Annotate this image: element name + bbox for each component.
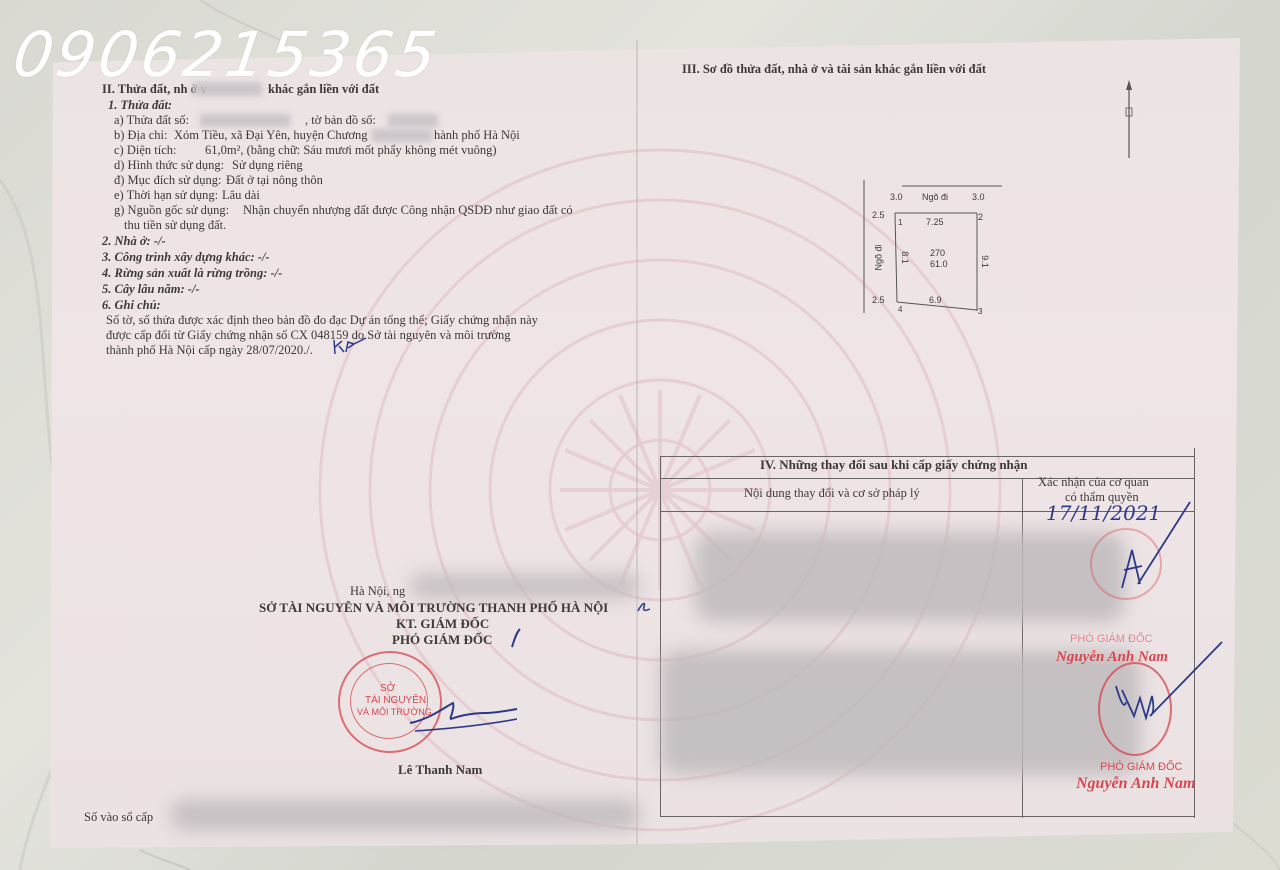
column-header-confirmation-1: Xác nhận của cơ quan (1038, 475, 1149, 490)
note-line-2: được cấp đổi từ Giấy chứng nhận số CX 04… (106, 328, 511, 343)
item-5-perennial-trees: 5. Cây lâu năm: -/- (102, 282, 200, 297)
section-3-title: III. Sơ đồ thửa đất, nhà ở và tài sản kh… (682, 62, 986, 77)
section-4-title: IV. Những thay đổi sau khi cấp giấy chứn… (760, 457, 1028, 472)
item-value: -/- (258, 250, 270, 264)
entry-1-title: PHÓ GIÁM ĐỐC (1070, 632, 1153, 647)
item-label: 2. Nhà ở: (102, 234, 151, 248)
parcel-number-label: a) Thửa đất số: (114, 113, 189, 128)
address-value-start: Xóm Tiều, xã Đại Yên, huyện Chương (174, 128, 367, 143)
redaction (200, 114, 290, 127)
item-2-house: 2. Nhà ở: -/- (102, 234, 166, 249)
signer-title: PHÓ GIÁM ĐỐC (392, 632, 492, 647)
use-form-value: Sử dụng riêng (232, 158, 303, 173)
note-line-1: Số tờ, số thửa được xác định theo bản đồ… (106, 313, 538, 328)
redaction (388, 114, 438, 127)
column-header-content: Nội dung thay đổi và cơ sở pháp lý (744, 486, 920, 501)
entry-1-signer: Nguyễn Anh Nam (1056, 650, 1168, 665)
point-1: 1 (898, 215, 902, 230)
use-term-label: e) Thời hạn sử dụng: (114, 188, 218, 203)
point-2: 2 (978, 210, 983, 225)
item-label: 5. Cây lâu năm: (102, 282, 185, 296)
item-4-forest: 4. Rừng sản xuất là rừng trồng: -/- (102, 266, 282, 281)
official-seal (1098, 662, 1172, 756)
issuing-agency: SỞ TÀI NGUYÊN VÀ MÔI TRƯỜNG THANH PHỐ HÀ… (259, 600, 608, 615)
parcel-area: 61.0 (930, 257, 948, 272)
entry-2-signer: Nguyễn Anh Nam (1076, 776, 1195, 791)
item-6-notes-heading: 6. Ghi chú: (102, 298, 161, 313)
area-label: c) Diện tích: (114, 143, 176, 158)
redaction (170, 800, 640, 830)
item-3-other-works: 3. Công trình xây dựng khác: -/- (102, 250, 270, 265)
on-behalf-label: KT. GIÁM ĐỐC (396, 616, 489, 631)
point-4: 4 (898, 302, 902, 317)
origin-label: g) Nguồn gốc sử dụng: (114, 203, 229, 218)
offset-top-left: 3.0 (890, 190, 903, 205)
road-top-label: Ngõ đi (922, 190, 948, 205)
redaction (372, 129, 432, 142)
use-purpose-label: đ) Mục đích sử dụng: (114, 173, 221, 188)
page-fold (636, 40, 638, 845)
use-purpose-value: Đất ở tại nông thôn (226, 173, 323, 188)
redaction (660, 650, 1140, 775)
table-border (660, 816, 1195, 817)
edge-right-length: 9.1 (977, 255, 992, 268)
use-term-value: Lâu dài (222, 188, 260, 203)
item-label: 3. Công trình xây dựng khác: (102, 250, 255, 264)
origin-value-line2: thu tiền sử dụng đất. (124, 218, 226, 233)
map-sheet-label: , tờ bản đồ số: (305, 113, 376, 128)
section-2-title-end: khác gắn liền với đất (268, 82, 379, 97)
note-line-3: thành phố Hà Nội cấp ngày 28/07/2020./. (106, 343, 313, 358)
item-label: 4. Rừng sản xuất là rừng trồng: (102, 266, 267, 280)
item-value: -/- (188, 282, 200, 296)
entry-2-title: PHÓ GIÁM ĐỐC (1100, 760, 1183, 775)
offset-left-bottom: 2.5 (872, 293, 885, 308)
point-3: 3 (978, 304, 982, 319)
phone-watermark: 0906215365 (9, 18, 444, 91)
item-value: -/- (154, 234, 166, 248)
place-date: Hà Nội, ng (350, 584, 405, 599)
edge-bottom-length: 6.9 (929, 293, 942, 308)
edge-left-length: 8.1 (897, 251, 912, 264)
item-1-heading: 1. Thửa đất: (108, 98, 172, 113)
redaction (695, 532, 1125, 622)
north-arrow-icon (1124, 80, 1134, 160)
handwritten-date: 17/11/2021 (1046, 506, 1161, 521)
official-seal (1090, 528, 1162, 600)
seal-text-3: VÀ MÔI TRƯỜNG (357, 705, 432, 720)
road-left-label: Ngõ đi (872, 244, 887, 270)
register-number-label: Số vào sổ cấp (84, 810, 153, 825)
offset-left-top: 2.5 (872, 208, 885, 223)
origin-value-line1: Nhận chuyển nhượng đất được Công nhận QS… (243, 203, 573, 218)
table-border (1194, 448, 1195, 818)
address-label: b) Địa chỉ: (114, 128, 167, 143)
offset-top-right: 3.0 (972, 190, 985, 205)
redaction (410, 574, 640, 598)
signer-name: Lê Thanh Nam (398, 762, 482, 777)
plot-diagram: 3.0 Ngõ đi 3.0 2.5 1 7.25 2 Ngõ đi 8.1 2… (862, 178, 1002, 313)
area-value: 61,0m², (bằng chữ: Sáu mươi mốt phẩy khô… (205, 143, 497, 158)
item-value: -/- (271, 266, 283, 280)
address-value-end: hành phố Hà Nội (434, 128, 520, 143)
redaction (192, 82, 262, 96)
edge-top-length: 7.25 (926, 215, 944, 230)
use-form-label: d) Hình thức sử dụng: (114, 158, 224, 173)
